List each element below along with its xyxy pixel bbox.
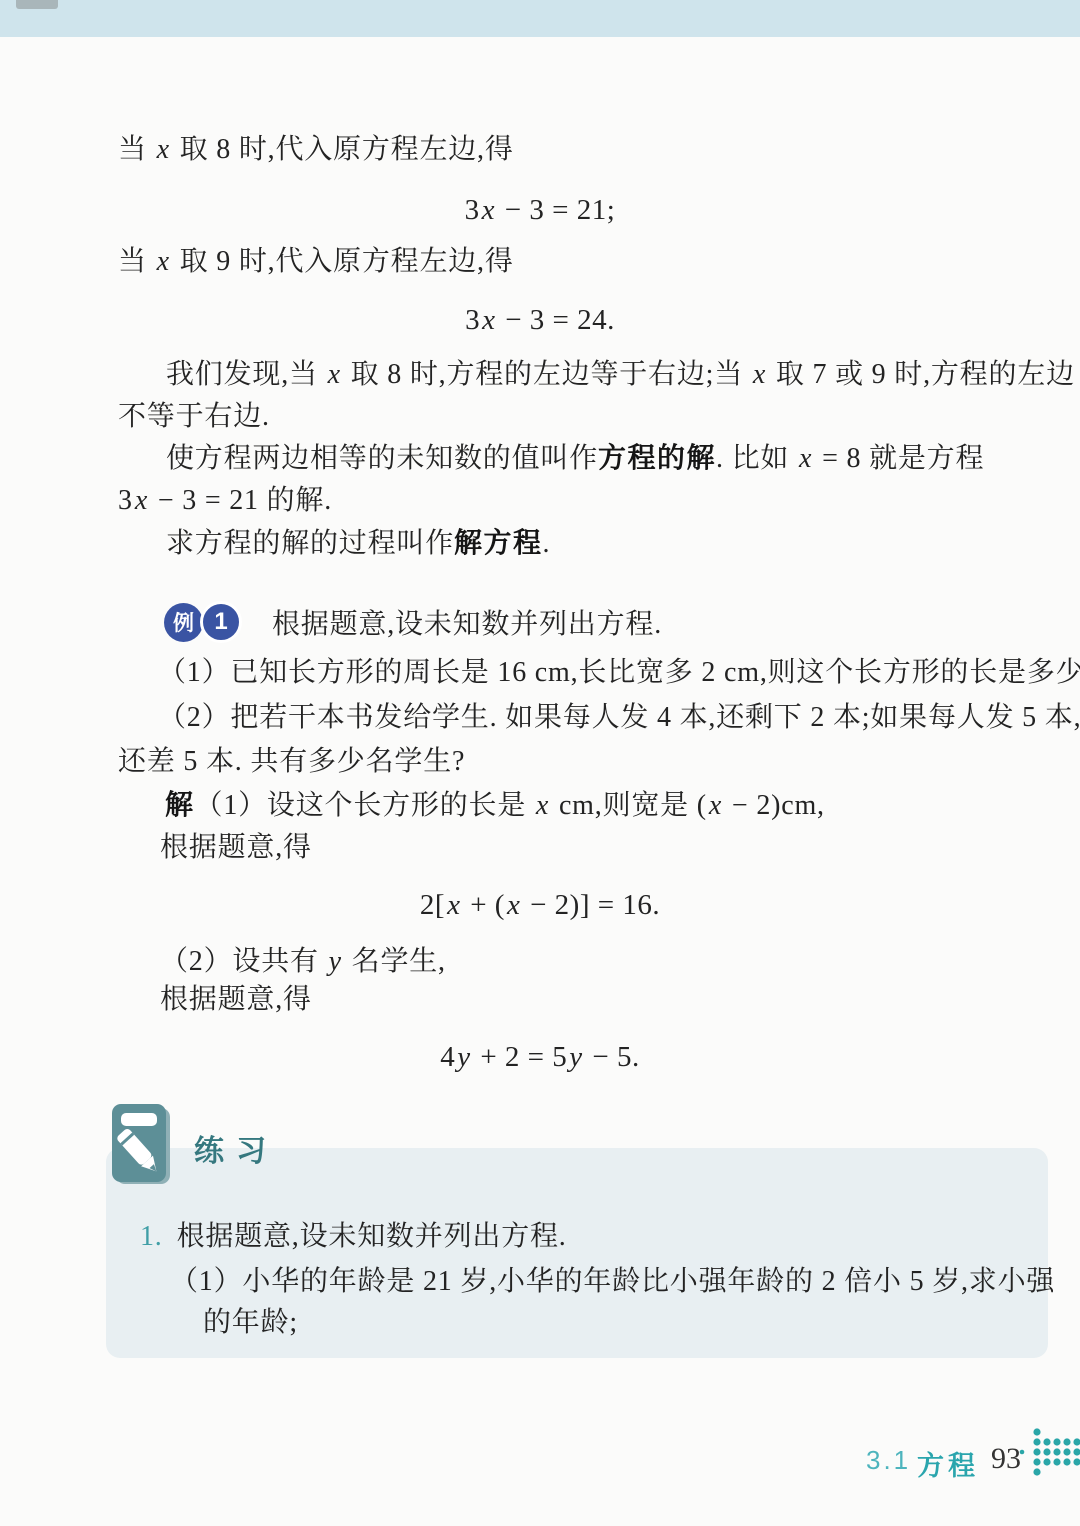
text-segment: （1）小华的年龄是 21 岁,小华的年龄比小强年龄的 2 倍小 5 岁,求小强 xyxy=(170,1266,1055,1297)
text-segment: 根据题意,得 xyxy=(160,984,312,1015)
text-segment: x xyxy=(480,194,497,226)
text-segment: 4 xyxy=(440,1041,455,1073)
example-intro-line: 根据题意,设未知数并列出方程. xyxy=(272,608,662,642)
paragraph-line: 求方程的解的过程叫作解方程. xyxy=(166,526,550,561)
text-segment: 的年龄; xyxy=(203,1307,298,1338)
text-segment: 解 xyxy=(165,789,195,820)
text-segment: 解方程 xyxy=(454,527,543,558)
practice-notebook-pencil-icon xyxy=(106,1100,186,1197)
text-segment: x xyxy=(155,134,172,165)
text-segment: 2[ xyxy=(420,889,445,921)
equation: 2[x + (x − 2)] = 16. xyxy=(0,888,1080,922)
text-segment: x xyxy=(445,889,462,921)
text-segment: 3 xyxy=(465,304,480,336)
text-segment: 我们发现,当 xyxy=(166,359,326,390)
footer-section-title: 方程 xyxy=(917,1444,979,1483)
example-item-line: （1）已知长方形的周长是 16 cm,长比宽多 2 cm,则这个长方形的长是多少… xyxy=(158,656,1080,690)
text-segment: − 3 = 21; xyxy=(497,194,615,226)
text-segment: 还差 5 本. 共有多少名学生? xyxy=(118,746,465,777)
text-segment: 求方程的解的过程叫作 xyxy=(166,528,454,559)
text-segment: 方程的解 xyxy=(598,442,716,473)
text-segment: x xyxy=(751,359,768,390)
text-segment: 取 8 时,代入原方程左边,得 xyxy=(172,134,514,165)
text-segment: = 8 就是方程 xyxy=(814,443,984,474)
text-segment: y xyxy=(455,1041,472,1073)
solution-line: 解（1）设这个长方形的长是 x cm,则宽是 (x − 2)cm, xyxy=(165,788,825,823)
text-segment: x xyxy=(534,790,551,821)
text-segment: − 5. xyxy=(585,1041,640,1073)
text-segment: . xyxy=(543,528,551,559)
text-segment: 取 7 或 9 时,方程的左边 xyxy=(768,359,1075,390)
text-segment: . 比如 xyxy=(716,443,797,474)
text-segment: 取 9 时,代入原方程左边,得 xyxy=(172,246,514,277)
paragraph-line: 当 x 取 9 时,代入原方程左边,得 xyxy=(118,245,514,279)
text-segment: 取 8 时,方程的左边等于右边;当 xyxy=(343,359,751,390)
example-item-line: （2）把若干本书发给学生. 如果每人发 4 本,还剩下 2 本;如果每人发 5 … xyxy=(158,701,1080,735)
example-badge-number-icon: 1 xyxy=(200,601,242,643)
footer-section-number: 3.1 xyxy=(866,1445,911,1476)
text-segment: 当 xyxy=(118,134,155,165)
text-segment: （2）设共有 xyxy=(160,946,327,977)
equation: 3x − 3 = 21; xyxy=(0,193,1080,227)
equation: 4y + 2 = 5y − 5. xyxy=(0,1040,1080,1074)
practice-item-line: 的年龄; xyxy=(203,1306,298,1340)
paragraph-line: 我们发现,当 x 取 8 时,方程的左边等于右边;当 x 取 7 或 9 时,方… xyxy=(166,358,1075,392)
paragraph-line: 不等于右边. xyxy=(118,400,270,434)
practice-section-title: 练习 xyxy=(194,1126,278,1170)
paragraph-line: 当 x 取 8 时,代入原方程左边,得 xyxy=(118,133,514,167)
text-segment: x xyxy=(480,304,497,336)
page-top-strip xyxy=(0,0,1080,37)
text-segment: x xyxy=(707,790,724,821)
text-segment: − 3 = 21 的解. xyxy=(150,485,332,516)
practice-item-line: 1.根据题意,设未知数并列出方程. xyxy=(140,1220,567,1254)
text-segment: 名学生, xyxy=(344,946,446,977)
text-segment: − 3 = 24. xyxy=(497,304,614,336)
page-top-tab xyxy=(16,0,58,9)
page-footer: 3.1 方程 93 xyxy=(0,1440,1080,1500)
text-segment: + ( xyxy=(462,889,505,921)
equation: 3x − 3 = 24. xyxy=(0,303,1080,337)
example-badge-label-icon: 例 xyxy=(164,603,203,642)
text-segment: （1）设这个长方形的长是 xyxy=(195,790,534,821)
text-segment: 根据题意,得 xyxy=(160,832,312,863)
text-segment: （1）已知长方形的周长是 16 cm,长比宽多 2 cm,则这个长方形的长是多少… xyxy=(158,657,1080,688)
text-segment: 1. xyxy=(140,1221,163,1252)
text-segment: 3 xyxy=(118,485,133,516)
text-segment: x xyxy=(797,443,814,474)
paragraph-line: 使方程两边相等的未知数的值叫作方程的解. 比如 x = 8 就是方程 xyxy=(166,441,984,476)
text-segment: （2）把若干本书发给学生. 如果每人发 4 本,还剩下 2 本;如果每人发 5 … xyxy=(158,702,1080,733)
text-segment: − 2)cm, xyxy=(724,790,825,821)
example-badge: 例 1 xyxy=(164,601,242,643)
text-segment: 不等于右边. xyxy=(118,401,270,432)
text-segment: x xyxy=(133,485,150,516)
text-segment: + 2 = 5 xyxy=(473,1041,568,1073)
text-segment: y xyxy=(327,946,344,977)
text-segment: y xyxy=(567,1041,584,1073)
text-segment: 当 xyxy=(118,246,155,277)
text-segment: x xyxy=(326,359,343,390)
solution-line: 根据题意,得 xyxy=(160,831,312,865)
text-segment: 根据题意,设未知数并列出方程. xyxy=(177,1221,567,1252)
text-segment: x xyxy=(505,889,522,921)
practice-item-line: （1）小华的年龄是 21 岁,小华的年龄比小强年龄的 2 倍小 5 岁,求小强 xyxy=(170,1265,1055,1299)
text-segment: 根据题意,设未知数并列出方程. xyxy=(272,609,662,640)
text-segment: 使方程两边相等的未知数的值叫作 xyxy=(166,443,598,474)
page-corner-dots-icon xyxy=(1016,1426,1080,1483)
text-segment: − 2)] = 16. xyxy=(522,889,660,921)
text-segment: cm,则宽是 ( xyxy=(551,790,707,821)
solution-line: 根据题意,得 xyxy=(160,983,312,1017)
solution-line: （2）设共有 y 名学生, xyxy=(160,945,446,979)
example-item-line: 还差 5 本. 共有多少名学生? xyxy=(118,745,465,779)
text-segment: x xyxy=(155,246,172,277)
paragraph-line: 3x − 3 = 21 的解. xyxy=(118,484,332,518)
text-segment: 3 xyxy=(465,194,480,226)
